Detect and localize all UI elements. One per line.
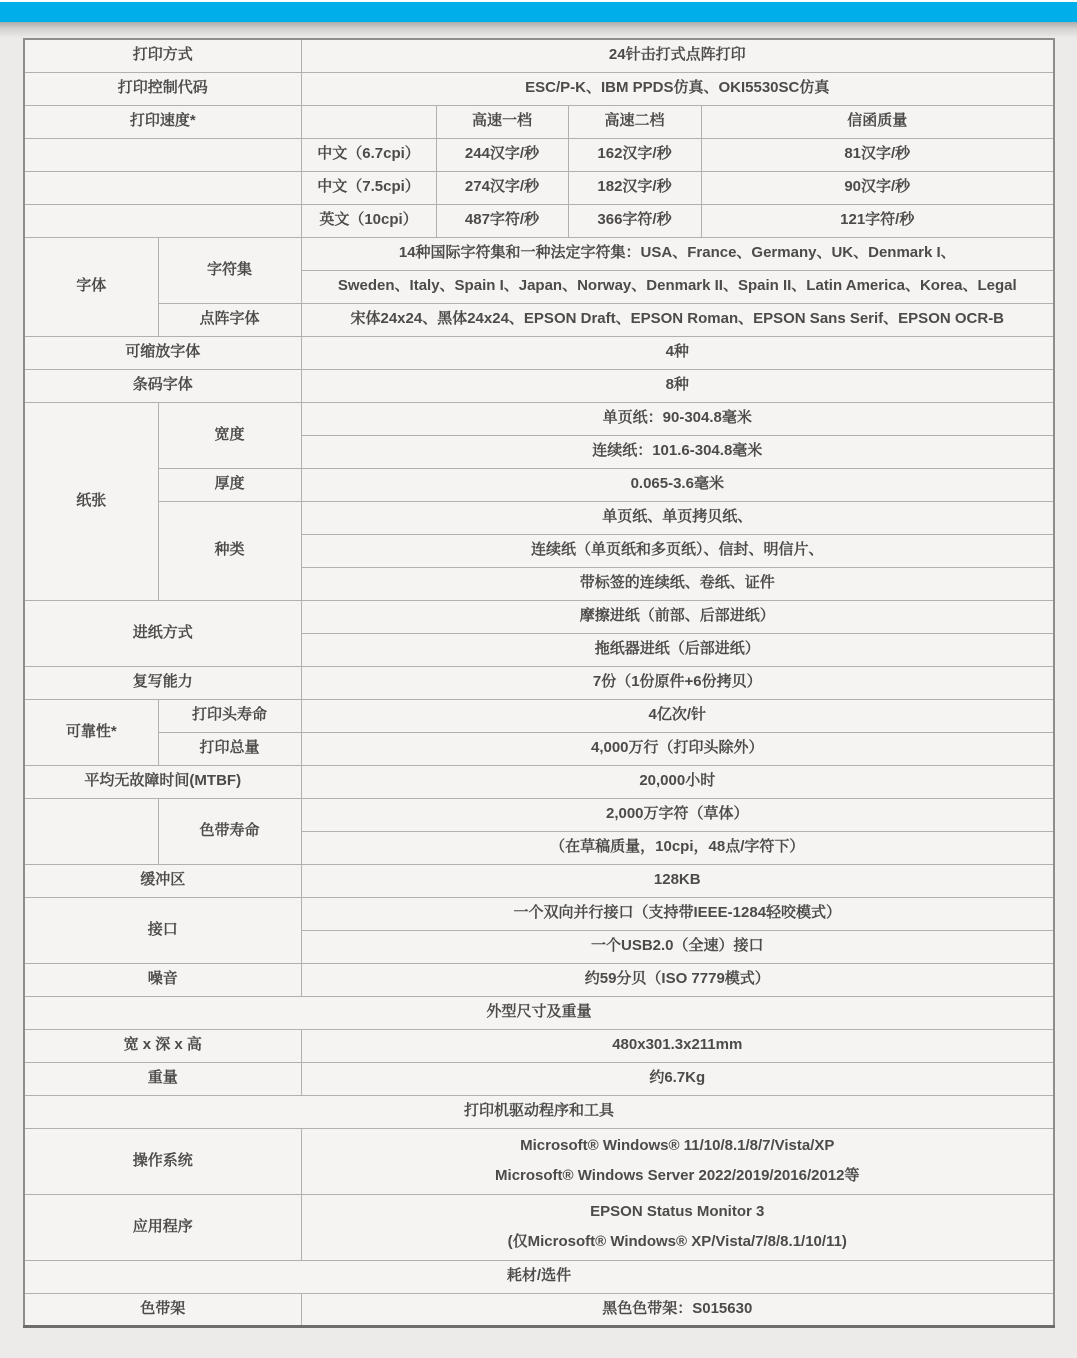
row-print-speed-header: 打印速度* 高速一档 高速二档 信函质量 <box>24 105 1054 138</box>
section-title: 外型尺寸及重量 <box>24 996 1054 1029</box>
row-font-bitmap: 点阵字体 宋体24x24、黑体24x24、EPSON Draft、EPSON R… <box>24 303 1054 336</box>
spec-group-label: 纸张 <box>24 402 158 600</box>
section-driver: 打印机驱动程序和工具 <box>24 1095 1054 1128</box>
spec-value: 约6.7Kg <box>301 1062 1054 1095</box>
speed-value: 182汉字/秒 <box>568 171 701 204</box>
row-paper-type-1: 种类 单页纸、单页拷贝纸、 <box>24 501 1054 534</box>
row-ribbon-life-1: 色带寿命 2,000万字符（草体） <box>24 798 1054 831</box>
row-copy-capacity: 复写能力 7份（1份原件+6份拷贝） <box>24 666 1054 699</box>
spec-value: 一个USB2.0（全速）接口 <box>301 930 1054 963</box>
section-consumables: 耗材/选件 <box>24 1260 1054 1293</box>
spec-label: 打印速度* <box>24 105 301 138</box>
spec-value: 14种国际字符集和一种法定字符集：USA、France、Germany、UK、D… <box>301 237 1054 270</box>
spec-label: 重量 <box>24 1062 301 1095</box>
spec-value: 8种 <box>301 369 1054 402</box>
spec-value: （在草稿质量，10cpi，48点/字符下） <box>301 831 1054 864</box>
empty-cell <box>301 105 436 138</box>
apps-line-1: EPSON Status Monitor 3 <box>310 1197 1046 1227</box>
spec-label: 宽 x 深 x 高 <box>24 1029 301 1062</box>
row-feed-1: 进纸方式 摩擦进纸（前部、后部进纸） <box>24 600 1054 633</box>
spec-group-label: 字体 <box>24 237 158 336</box>
spec-label: 可缩放字体 <box>24 336 301 369</box>
spec-value: EPSON Status Monitor 3 (仅Microsoft® Wind… <box>301 1194 1054 1260</box>
speed-row-label: 中文（6.7cpi） <box>301 138 436 171</box>
spec-label: 缓冲区 <box>24 864 301 897</box>
row-barcode-font: 条码字体 8种 <box>24 369 1054 402</box>
speed-value: 90汉字/秒 <box>701 171 1054 204</box>
spec-value: 拖纸器进纸（后部进纸） <box>301 633 1054 666</box>
speed-value: 81汉字/秒 <box>701 138 1054 171</box>
spec-value: 一个双向并行接口（支持带IEEE-1284轻咬模式） <box>301 897 1054 930</box>
spec-value: 摩擦进纸（前部、后部进纸） <box>301 600 1054 633</box>
empty-cell <box>24 798 158 864</box>
row-buffer: 缓冲区 128KB <box>24 864 1054 897</box>
spec-value: 连续纸：101.6-304.8毫米 <box>301 435 1054 468</box>
spec-value: Sweden、Italy、Spain I、Japan、Norway、Denmar… <box>301 270 1054 303</box>
spec-value: 2,000万字符（草体） <box>301 798 1054 831</box>
accent-bar-shadow <box>0 22 1077 38</box>
spec-sub-label: 厚度 <box>158 468 301 501</box>
spec-label: 打印方式 <box>24 39 301 72</box>
row-speed-cn75: 中文（7.5cpi） 274汉字/秒 182汉字/秒 90汉字/秒 <box>24 171 1054 204</box>
spec-value: 128KB <box>301 864 1054 897</box>
printer-spec-table: 打印方式 24针击打式点阵打印 打印控制代码 ESC/P-K、IBM PPDS仿… <box>23 38 1055 1328</box>
spec-value: 24针击打式点阵打印 <box>301 39 1054 72</box>
spec-label: 应用程序 <box>24 1194 301 1260</box>
speed-col-header: 信函质量 <box>701 105 1054 138</box>
os-line-2: Microsoft® Windows Server 2022/2019/2016… <box>310 1161 1046 1191</box>
spec-label: 操作系统 <box>24 1128 301 1194</box>
row-interface-1: 接口 一个双向并行接口（支持带IEEE-1284轻咬模式） <box>24 897 1054 930</box>
spec-value: ESC/P-K、IBM PPDS仿真、OKI5530SC仿真 <box>301 72 1054 105</box>
row-noise: 噪音 约59分贝（ISO 7779模式） <box>24 963 1054 996</box>
row-control-code: 打印控制代码 ESC/P-K、IBM PPDS仿真、OKI5530SC仿真 <box>24 72 1054 105</box>
spec-value: 单页纸：90-304.8毫米 <box>301 402 1054 435</box>
row-speed-cn67: 中文（6.7cpi） 244汉字/秒 162汉字/秒 81汉字/秒 <box>24 138 1054 171</box>
spec-value: 宋体24x24、黑体24x24、EPSON Draft、EPSON Roman、… <box>301 303 1054 336</box>
spec-label: 打印控制代码 <box>24 72 301 105</box>
row-paper-thickness: 厚度 0.065-3.6毫米 <box>24 468 1054 501</box>
spec-value: 带标签的连续纸、卷纸、证件 <box>301 567 1054 600</box>
section-title: 耗材/选件 <box>24 1260 1054 1293</box>
spec-value: Microsoft® Windows® 11/10/8.1/8/7/Vista/… <box>301 1128 1054 1194</box>
row-weight: 重量 约6.7Kg <box>24 1062 1054 1095</box>
speed-col-header: 高速二档 <box>568 105 701 138</box>
speed-row-label: 英文（10cpi） <box>301 204 436 237</box>
row-reliability-head: 可靠性* 打印头寿命 4亿次/针 <box>24 699 1054 732</box>
spec-value: 约59分贝（ISO 7779模式） <box>301 963 1054 996</box>
spec-sub-label: 字符集 <box>158 237 301 303</box>
spec-value: 480x301.3x211mm <box>301 1029 1054 1062</box>
speed-value: 244汉字/秒 <box>436 138 568 171</box>
spec-label: 色带架 <box>24 1293 301 1326</box>
spec-sub-label: 种类 <box>158 501 301 600</box>
speed-value: 121字符/秒 <box>701 204 1054 237</box>
spec-table-container: 打印方式 24针击打式点阵打印 打印控制代码 ESC/P-K、IBM PPDS仿… <box>0 38 1077 1328</box>
spec-label: 条码字体 <box>24 369 301 402</box>
spec-value: 20,000小时 <box>301 765 1054 798</box>
row-paper-width-1: 纸张 宽度 单页纸：90-304.8毫米 <box>24 402 1054 435</box>
section-dimensions: 外型尺寸及重量 <box>24 996 1054 1029</box>
spec-sub-label: 打印头寿命 <box>158 699 301 732</box>
spec-label: 接口 <box>24 897 301 963</box>
speed-value: 366字符/秒 <box>568 204 701 237</box>
empty-cell <box>24 171 301 204</box>
row-font-charset-1: 字体 字符集 14种国际字符集和一种法定字符集：USA、France、Germa… <box>24 237 1054 270</box>
empty-cell <box>24 204 301 237</box>
speed-value: 162汉字/秒 <box>568 138 701 171</box>
spec-group-label: 可靠性* <box>24 699 158 765</box>
os-line-1: Microsoft® Windows® 11/10/8.1/8/7/Vista/… <box>310 1131 1046 1161</box>
apps-line-2: (仅Microsoft® Windows® XP/Vista/7/8/8.1/1… <box>310 1227 1046 1257</box>
section-title: 打印机驱动程序和工具 <box>24 1095 1054 1128</box>
spec-value: 4种 <box>301 336 1054 369</box>
spec-sub-label: 宽度 <box>158 402 301 468</box>
empty-cell <box>24 138 301 171</box>
spec-sub-label: 色带寿命 <box>158 798 301 864</box>
row-os: 操作系统 Microsoft® Windows® 11/10/8.1/8/7/V… <box>24 1128 1054 1194</box>
row-reliability-volume: 打印总量 4,000万行（打印头除外） <box>24 732 1054 765</box>
row-speed-en10: 英文（10cpi） 487字符/秒 366字符/秒 121字符/秒 <box>24 204 1054 237</box>
row-mtbf: 平均无故障时间(MTBF) 20,000小时 <box>24 765 1054 798</box>
speed-value: 274汉字/秒 <box>436 171 568 204</box>
spec-value: 0.065-3.6毫米 <box>301 468 1054 501</box>
spec-value: 7份（1份原件+6份拷贝） <box>301 666 1054 699</box>
speed-row-label: 中文（7.5cpi） <box>301 171 436 204</box>
spec-value: 4,000万行（打印头除外） <box>301 732 1054 765</box>
spec-value: 单页纸、单页拷贝纸、 <box>301 501 1054 534</box>
row-apps: 应用程序 EPSON Status Monitor 3 (仅Microsoft®… <box>24 1194 1054 1260</box>
row-dimensions: 宽 x 深 x 高 480x301.3x211mm <box>24 1029 1054 1062</box>
spec-value: 连续纸（单页纸和多页纸）、信封、明信片、 <box>301 534 1054 567</box>
row-print-method: 打印方式 24针击打式点阵打印 <box>24 39 1054 72</box>
speed-value: 487字符/秒 <box>436 204 568 237</box>
spec-label: 进纸方式 <box>24 600 301 666</box>
spec-value: 黑色色带架：S015630 <box>301 1293 1054 1326</box>
spec-sub-label: 点阵字体 <box>158 303 301 336</box>
spec-value: 4亿次/针 <box>301 699 1054 732</box>
top-accent-bar <box>0 2 1077 22</box>
row-ribbon-cartridge: 色带架 黑色色带架：S015630 <box>24 1293 1054 1326</box>
spec-label: 复写能力 <box>24 666 301 699</box>
spec-label: 噪音 <box>24 963 301 996</box>
spec-sub-label: 打印总量 <box>158 732 301 765</box>
speed-col-header: 高速一档 <box>436 105 568 138</box>
spec-label: 平均无故障时间(MTBF) <box>24 765 301 798</box>
row-scalable-font: 可缩放字体 4种 <box>24 336 1054 369</box>
